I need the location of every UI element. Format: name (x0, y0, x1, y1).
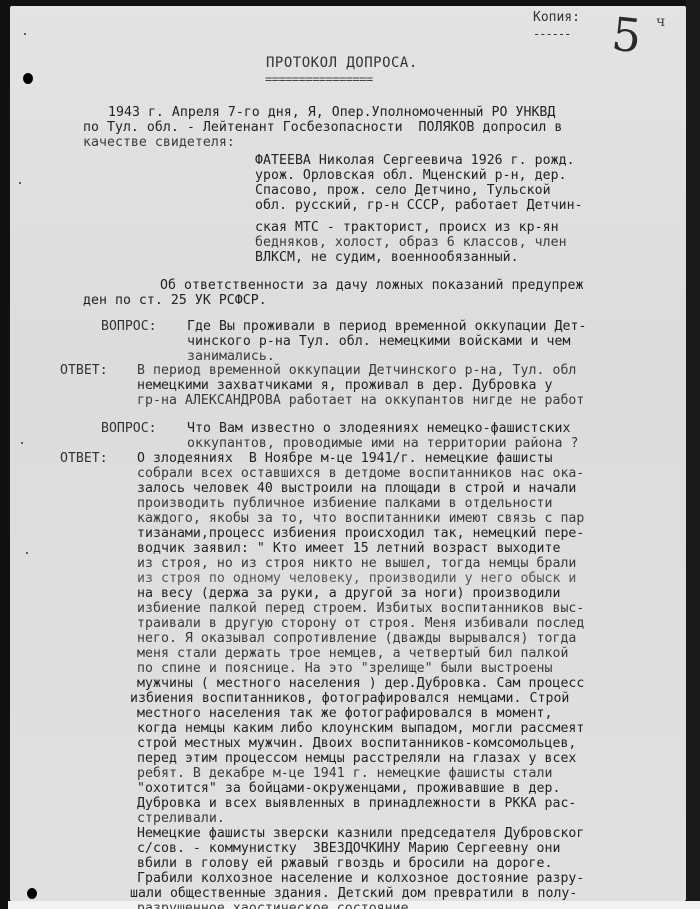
answer-line: Дубровка и всех выявленных в принадлежно… (137, 796, 576, 811)
answer-line: него. Я оказывал сопротивление (дважды в… (137, 631, 576, 646)
answer-line: каждого, якобы за то, что воспитанники и… (137, 511, 584, 526)
speck-mark (19, 182, 21, 184)
witness-line: ВЛКСМ, не судим, военнообязанный. (255, 250, 519, 265)
question-line: Что Вам известно о злодеяниях немецко-фа… (187, 421, 571, 436)
speck-mark (21, 442, 23, 444)
document-title: ПРОТОКОЛ ДОПРОСА. (266, 55, 418, 71)
scan-border-right (686, 0, 700, 909)
question-line: чинского р-на Тул. обл. немецкими войска… (187, 334, 571, 349)
warning-line: Об ответственности за дачу ложных показа… (160, 278, 583, 293)
warning-line: ден по ст. 25 УК РСФСР. (83, 293, 267, 308)
answer-line: меня стали держать трое немцев, а четвер… (137, 646, 568, 661)
witness-line: обл. русский, гр-н СССР, работает Детчин… (255, 198, 583, 213)
witness-line: ская МТС - тракторист, происх из кр-ян (255, 220, 559, 235)
answer-line: шали общественные здания. Детский дом пр… (130, 886, 577, 901)
answer-line: В период временной оккупации Детчинского… (137, 363, 576, 378)
handwritten-page-number: 5 (609, 7, 644, 64)
witness-line: бедняков, холост, образ 6 классов, член (255, 235, 567, 250)
answer-line: стреливали. (137, 811, 225, 826)
handwritten-corner-mark: ч (656, 14, 665, 30)
answer-line: траивали в другую сторону от строя. Меня… (137, 616, 584, 631)
answer-line: по спине и пояснице. На это "зрелище" бы… (137, 661, 552, 676)
witness-line: урож. Орловская обл. Мценский р-н, дер. (255, 168, 567, 183)
intro-line: 1943 г. Апреля 7-го дня, Я, Опер.Уполном… (108, 105, 555, 120)
answer-line: когда немцы каким либо клоунским выпадом… (137, 721, 584, 736)
answer-line: собрали всех оставшихся в детдоме воспит… (137, 466, 584, 481)
answer-line: залось человек 40 выстроили на площади в… (137, 481, 576, 496)
question-label: ВОПРОС: (101, 319, 157, 334)
answer-label: ОТВЕТ: (60, 363, 108, 378)
answer-line: на весу (держа за руки, а другой за ноги… (137, 586, 560, 601)
answer-line: ребят. В декабре м-це 1941 г. немецкие ф… (137, 766, 552, 781)
title-underline: ================ (265, 72, 373, 86)
answer-line: Грабили колхозное население и колхозное … (137, 871, 584, 886)
punch-hole-icon (27, 888, 37, 899)
answer-line: производить публичное избиение палками в… (137, 496, 552, 511)
answer-line: немецкими захватчиками я, проживал в дер… (137, 378, 552, 393)
punch-hole-icon (23, 73, 33, 84)
answer-line: тизанами,процесс избиения происходил так… (137, 526, 584, 541)
answer-line: с/сов. - коммунистку ЗВЕЗДОЧКИНУ Марию С… (137, 841, 560, 856)
answer-line: О злодеяниях В Ноябре м-це 1941/г. немец… (137, 451, 552, 466)
speck-mark (26, 552, 28, 554)
answer-line: разрушенное хаостическое состояние. (137, 901, 417, 909)
speck-mark (24, 33, 26, 35)
question-line: занимались. (187, 349, 275, 364)
answer-line: местного населения так же фотографировал… (137, 706, 552, 721)
answer-line: строй местных мужчин. Двоих воспитаннико… (137, 736, 576, 751)
answer-line: избиения воспитанников, фотографировался… (130, 691, 569, 706)
witness-line: ФАТЕЕВА Николая Сергеевича 1926 г. рожд. (255, 153, 575, 168)
question-line: Где Вы проживали в период временной окку… (187, 319, 586, 334)
answer-line: избиение палкой перед строем. Избитых во… (137, 601, 584, 616)
witness-line: Спасово, прож. село Детчино, Тульской (255, 183, 551, 198)
answer-line: Немецкие фашисты зверски казнили председ… (137, 826, 584, 841)
answer-line: перед этим процессом немцы расстреляли н… (137, 751, 576, 766)
answer-line: "охотится" за бойцами-окруженцами, прожи… (137, 781, 560, 796)
intro-line: по Тул. обл. - Лейтенант Госбезопасности… (83, 120, 562, 135)
copy-label: Копия: (533, 10, 580, 25)
answer-line: вбили в голову ей ржавый гвоздь и бросил… (137, 856, 552, 871)
answer-line: мужчины ( местного населения ) дер.Дубро… (137, 676, 584, 691)
answer-line: из строя, но из строя никто не вышел, то… (137, 556, 576, 571)
question-line: оккупантов, проводимые ими на территории… (187, 436, 579, 451)
question-label: ВОПРОС: (101, 421, 157, 436)
answer-line: гр-на АЛЕКСАНДРОВА работает на оккупанто… (137, 393, 584, 408)
intro-line: качестве свидетеля: (83, 135, 235, 150)
answer-line: из строя по одному человеку, производили… (137, 571, 576, 586)
answer-line: водчик заявил: " Кто имеет 15 летний воз… (137, 541, 560, 556)
answer-label: ОТВЕТ: (60, 451, 108, 466)
copy-underline: ------ (533, 27, 570, 41)
